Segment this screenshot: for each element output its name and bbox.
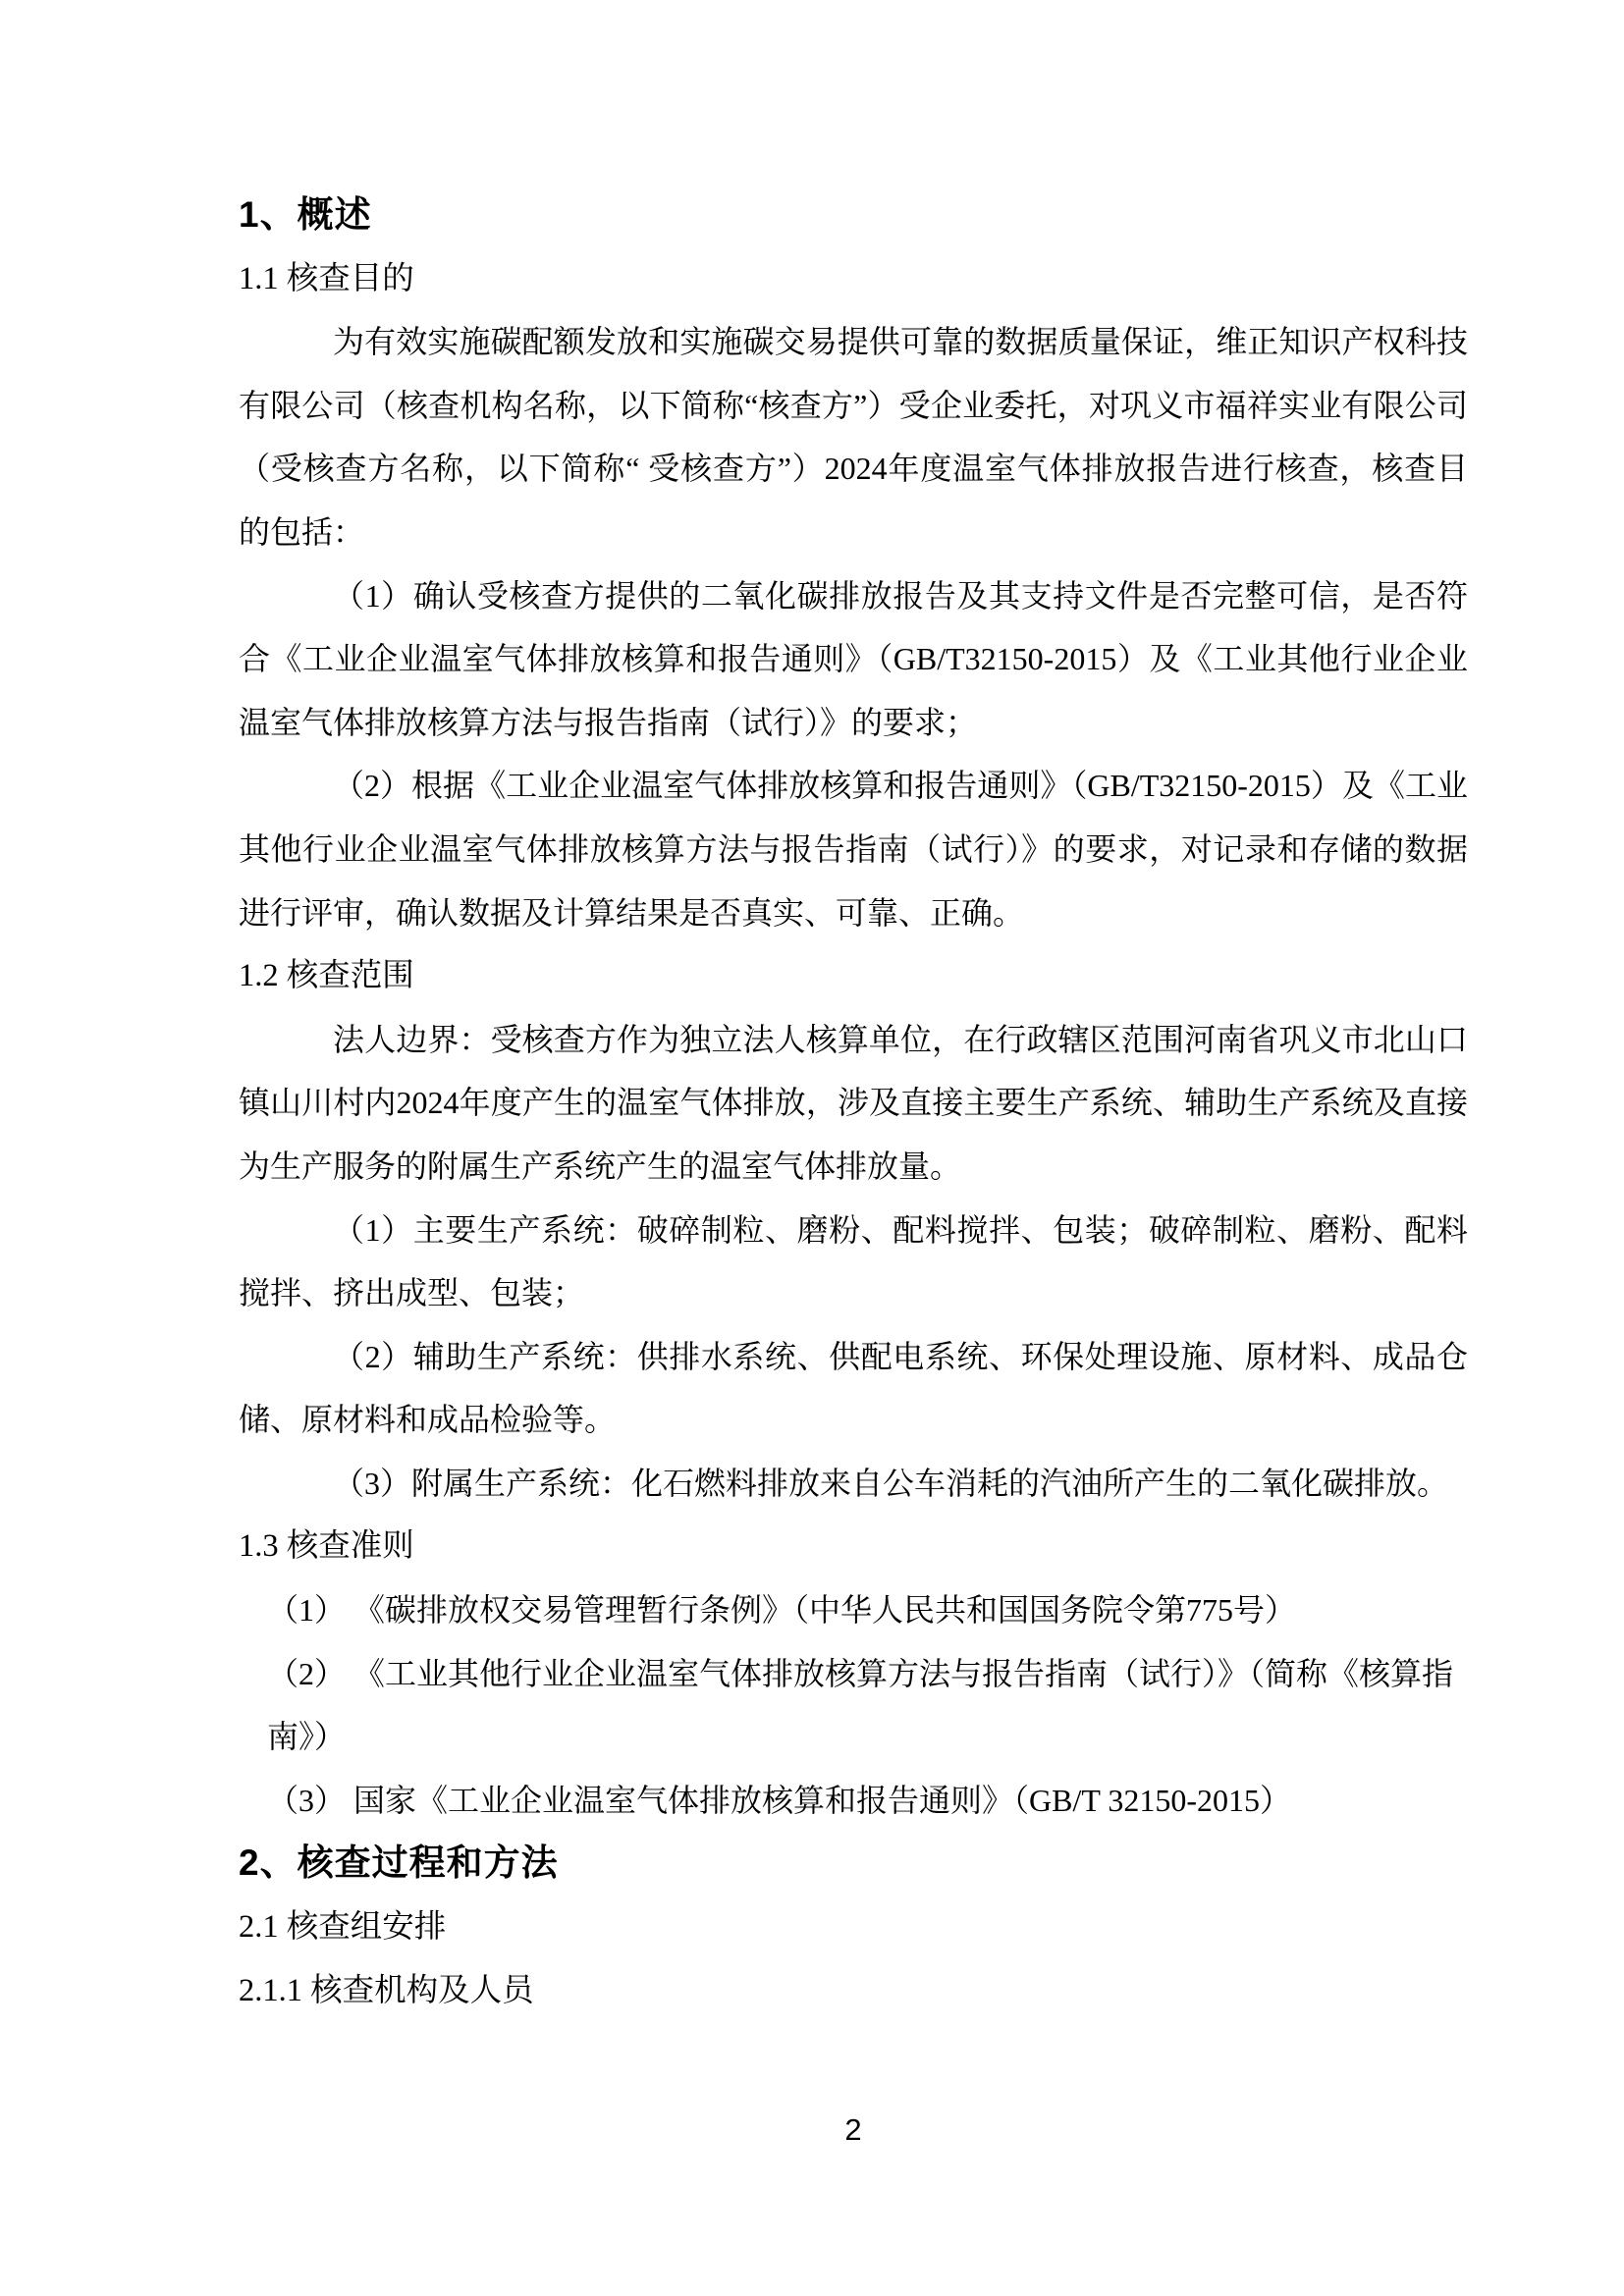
heading-2-process-and-method: 2、核查过程和方法 xyxy=(239,1832,1468,1896)
heading-2-1-team-arrangement: 2.1 核查组安排 xyxy=(239,1896,1468,1959)
paragraph-purpose-intro: 为有效实施碳配额发放和实施碳交易提供可靠的数据质量保证，维正知识产权科技有限公司… xyxy=(239,310,1468,563)
document-content: 1、概述 1.1 核查目的 为有效实施碳配额发放和实施碳交易提供可靠的数据质量保… xyxy=(239,184,1468,2022)
paragraph-purpose-item-1: （1）确认受核查方提供的二氧化碳排放报告及其支持文件是否完整可信，是否符合《工业… xyxy=(239,564,1468,755)
paragraph-main-production-system: （1）主要生产系统：破碎制粒、磨粉、配料搅拌、包装；破碎制粒、磨粉、配料搅拌、挤… xyxy=(239,1199,1468,1325)
paragraph-attached-production-system: （3）附属生产系统：化石燃料排放来自公车消耗的汽油所产生的二氧化碳排放。 xyxy=(239,1452,1468,1516)
heading-1-overview: 1、概述 xyxy=(239,184,1468,247)
paragraph-auxiliary-production-system: （2）辅助生产系统：供排水系统、供配电系统、环保处理设施、原材料、成品仓储、原材… xyxy=(239,1325,1468,1452)
paragraph-legal-boundary: 法人边界：受核查方作为独立法人核算单位，在行政辖区范围河南省巩义市北山口镇山川村… xyxy=(239,1008,1468,1199)
document-page: 1、概述 1.1 核查目的 为有效实施碳配额发放和实施碳交易提供可靠的数据质量保… xyxy=(0,0,1624,2296)
criteria-item-1: （1） 《碳排放权交易管理暂行条例》（中华人民共和国国务院令第775号） xyxy=(267,1578,1468,1642)
heading-1-3-verification-criteria: 1.3 核查准则 xyxy=(239,1515,1468,1578)
heading-2-1-1-organization-personnel: 2.1.1 核查机构及人员 xyxy=(239,1959,1468,2023)
heading-1-2-verification-scope: 1.2 核查范围 xyxy=(239,944,1468,1008)
paragraph-purpose-item-2: （2）根据《工业企业温室气体排放核算和报告通则》（GB/T32150-2015）… xyxy=(239,754,1468,944)
page-number: 2 xyxy=(239,2110,1468,2150)
heading-1-1-verification-purpose: 1.1 核查目的 xyxy=(239,247,1468,311)
criteria-item-3: （3） 国家《工业企业温室气体排放核算和报告通则》（GB/T 32150-201… xyxy=(267,1769,1468,1833)
criteria-item-2: （2） 《工业其他行业企业温室气体排放核算方法与报告指南（试行）》（简称《核算指… xyxy=(267,1642,1468,1769)
